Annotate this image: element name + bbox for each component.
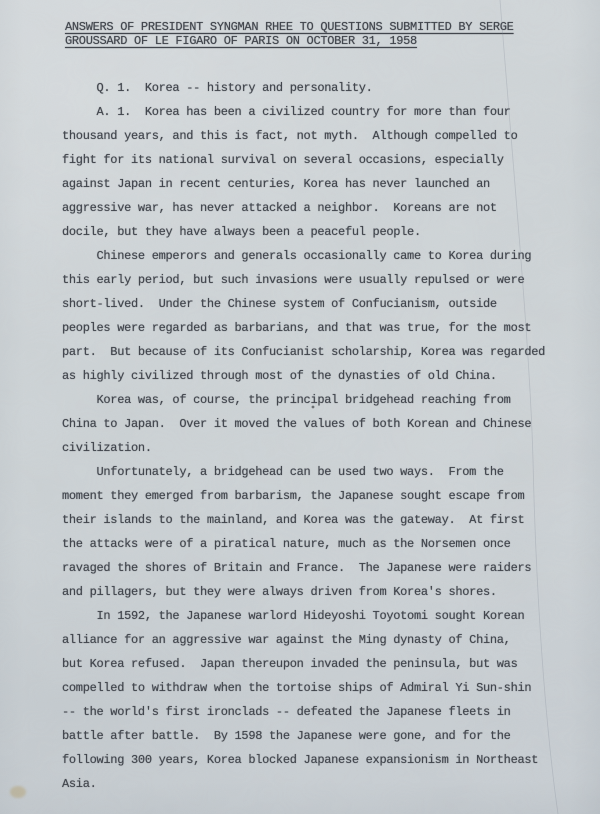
text-line: peoples were regarded as barbarians, and… [62,316,600,340]
text-line: their islands to the mainland, and Korea… [62,508,600,532]
text-line: fight for its national survival on sever… [62,148,600,172]
title-line-1: ANSWERS OF PRESIDENT SYNGMAN RHEE TO QUE… [65,20,514,34]
text-line: Chinese emperors and generals occasional… [62,244,600,268]
text-line: China to Japan. Over it moved the values… [62,412,600,436]
text-line: Asia. [62,772,600,796]
text-line: compelled to withdraw when the tortoise … [62,676,600,700]
text-line: short-lived. Under the Chinese system of… [62,292,600,316]
document-title: ANSWERS OF PRESIDENT SYNGMAN RHEE TO QUE… [65,21,514,48]
text-line: the attacks were of a piratical nature, … [62,532,600,556]
text-line: as highly civilized through most of the … [62,364,600,388]
text-line: civilization. [62,436,600,460]
text-line: A. 1. Korea has been a civilized country… [62,100,600,124]
text-line: battle after battle. By 1598 the Japanes… [62,724,600,748]
text-line: following 300 years, Korea blocked Japan… [62,748,600,772]
text-line: aggressive war, has never attacked a nei… [62,196,600,220]
text-line: ravaged the shores of Britain and France… [62,556,600,580]
text-line: Korea was, of course, the principal brid… [62,388,600,412]
text-line: this early period, but such invasions we… [62,268,600,292]
text-line: Unfortunately, a bridgehead can be used … [62,460,600,484]
text-line: moment they emerged from barbarism, the … [62,484,600,508]
stain-mark [10,786,26,798]
document-body: Q. 1. Korea -- history and personality. … [62,76,600,796]
text-line: Q. 1. Korea -- history and personality. [62,76,600,100]
text-line: In 1592, the Japanese warlord Hideyoshi … [62,604,600,628]
text-line: against Japan in recent centuries, Korea… [62,172,600,196]
text-line: -- the world's first ironclads -- defeat… [62,700,600,724]
text-line: but Korea refused. Japan thereupon invad… [62,652,600,676]
text-line: docile, but they have always been a peac… [62,220,600,244]
text-line: alliance for an aggressive war against t… [62,628,600,652]
text-line: thousand years, and this is fact, not my… [62,124,600,148]
document-page: ANSWERS OF PRESIDENT SYNGMAN RHEE TO QUE… [0,0,600,814]
title-line-2: GROUSSARD OF LE FIGARO OF PARIS ON OCTOB… [65,34,417,48]
text-line: and pillagers, but they were always driv… [62,580,600,604]
text-line: part. But because of its Confucianist sc… [62,340,600,364]
